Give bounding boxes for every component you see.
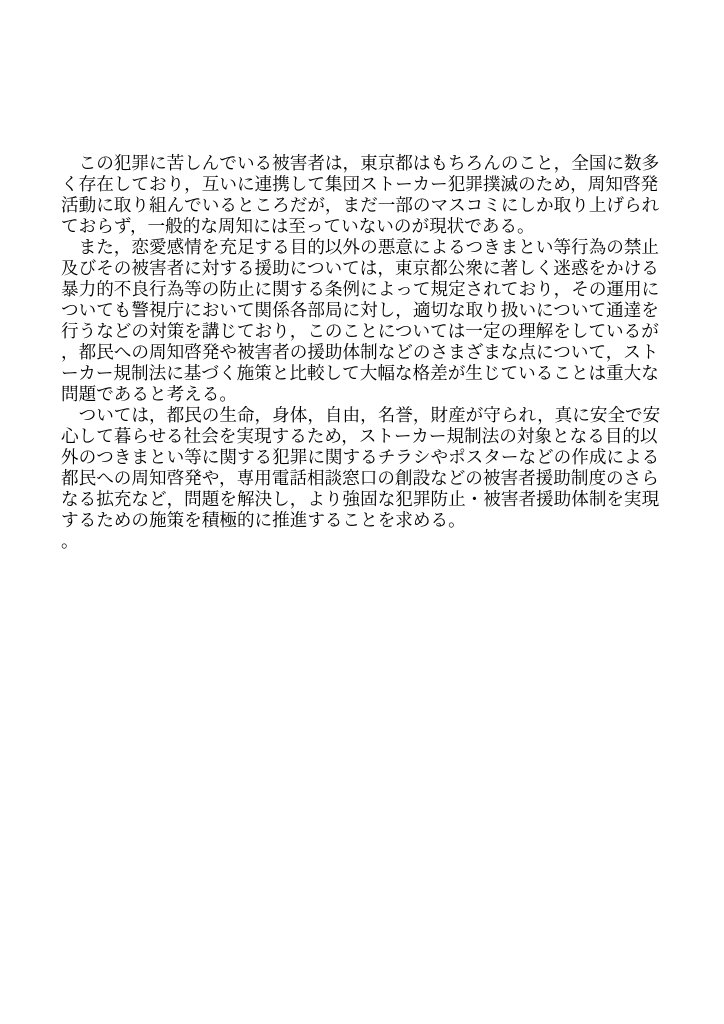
text-line: この犯罪に苦しんでいる被害者は，東京都はもちろんのこと，全国に数多	[61, 153, 663, 174]
text-line: ついても警視庁において関係各部局に対し，適切な取り扱いについて通達を	[61, 300, 663, 321]
text-line: また，恋愛感情を充足する目的以外の悪意によるつきまとい等行為の禁止	[61, 237, 663, 258]
text-line: 問題であると考える。	[61, 384, 663, 405]
paragraph: また，恋愛感情を充足する目的以外の悪意によるつきまとい等行為の禁止及びその被害者…	[61, 237, 663, 405]
text-line: 活動に取り組んでいるところだが，まだ一部のマスコミにしか取り上げられ	[61, 195, 663, 216]
text-line: 都民への周知啓発や，専用電話相談窓口の創設などの被害者援助制度のさら	[61, 468, 663, 489]
text-line: 及びその被害者に対する援助については，東京都公衆に著しく迷惑をかける	[61, 258, 663, 279]
text-line: 行うなどの対策を講じており，このことについては一定の理解をしているが	[61, 321, 663, 342]
text-line: 。	[61, 531, 663, 552]
document-page: この犯罪に苦しんでいる被害者は，東京都はもちろんのこと，全国に数多く存在しており…	[0, 0, 724, 1024]
text-line: 外のつきまとい等に関する犯罪に関するチラシやポスターなどの作成による	[61, 447, 663, 468]
text-line: ーカー規制法に基づく施策と比較して大幅な格差が生じていることは重大な	[61, 363, 663, 384]
paragraph: ついては，都民の生命，身体，自由，名誉，財産が守られ，真に安全で安心して暮らせる…	[61, 405, 663, 531]
document-text: この犯罪に苦しんでいる被害者は，東京都はもちろんのこと，全国に数多く存在しており…	[61, 153, 663, 552]
text-line: く存在しており，互いに連携して集団ストーカー犯罪撲滅のため，周知啓発	[61, 174, 663, 195]
text-line: するための施策を積極的に推進することを求める。	[61, 510, 663, 531]
text-line: ，都民への周知啓発や被害者の援助体制などのさまざまな点について，スト	[61, 342, 663, 363]
text-line: 暴力的不良行為等の防止に関する条例によって規定されており，その運用に	[61, 279, 663, 300]
text-line: ついては，都民の生命，身体，自由，名誉，財産が守られ，真に安全で安	[61, 405, 663, 426]
paragraph: この犯罪に苦しんでいる被害者は，東京都はもちろんのこと，全国に数多く存在しており…	[61, 153, 663, 237]
text-line: なる拡充など，問題を解決し，より強固な犯罪防止・被害者援助体制を実現	[61, 489, 663, 510]
text-line: ておらず，一般的な周知には至っていないのが現状である。	[61, 216, 663, 237]
paragraph: 。	[61, 531, 663, 552]
text-line: 心して暮らせる社会を実現するため，ストーカー規制法の対象となる目的以	[61, 426, 663, 447]
